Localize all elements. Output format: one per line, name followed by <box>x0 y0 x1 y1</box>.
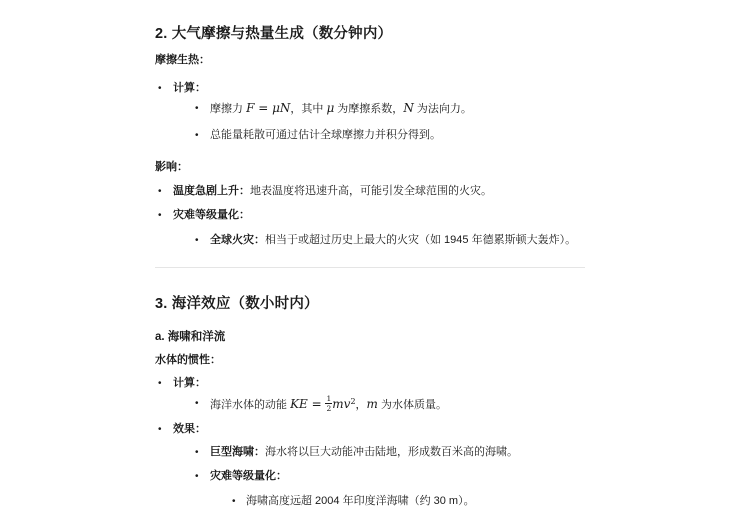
mv-symbol: mv <box>332 397 350 411</box>
mega-tsunami-item: • 巨型海啸：海水将以巨大动能冲击陆地，形成数百米高的海啸。 <box>155 445 615 460</box>
bullet-icon: • <box>158 184 162 199</box>
kinetic-text: ， <box>356 399 367 411</box>
global-fire-item: • 全球火灾：相当于或超过历史上最大的火灾（如 1945 年德累斯顿大轰炸）。 <box>155 233 615 248</box>
water-inertia-label: 水体的惯性： <box>155 353 615 368</box>
calculation-item: • 计算： <box>155 376 615 391</box>
effect-item: • 效果： <box>155 422 615 437</box>
bullet-icon: • <box>232 494 236 509</box>
ocean-section-heading: 3. 海洋效应（数小时内） <box>155 294 615 314</box>
formula-text: ，其中 <box>290 103 326 115</box>
section-divider <box>155 267 585 268</box>
disaster-scale-item: • 灾难等级量化： <box>155 208 615 223</box>
calculation-item: • 计算： <box>155 81 615 96</box>
friction-formula-item: • 摩擦力 F = μN，其中 μ 为摩擦系数，N 为法向力。 <box>155 99 615 119</box>
tsunami-height-text: 海啸高度远超 2004 年印度洋海啸（约 30 m）。 <box>246 495 475 507</box>
dissipation-item: • 总能量耗散可通过估计全球摩擦力并积分得到。 <box>155 128 615 143</box>
calculation-label: 计算： <box>173 377 206 389</box>
tsunami-currents-subheading: a. 海啸和洋流 <box>155 330 615 345</box>
ke-symbol: KE <box>290 397 308 411</box>
temperature-rise-item: • 温度急剧上升：地表温度将迅速升高，可能引发全球范围的火灾。 <box>155 184 615 199</box>
global-fire-text: 相当于或超过历史上最大的火灾（如 1945 年德累斯顿大轰炸）。 <box>265 234 576 246</box>
bullet-icon: • <box>195 99 199 118</box>
disaster-scale-label: 灾难等级量化： <box>210 470 287 482</box>
formula-text: 为法向力。 <box>414 103 472 115</box>
heat-generation-label: 摩擦生热： <box>155 53 615 68</box>
bullet-icon: • <box>158 376 162 391</box>
kinetic-text: 为水体质量。 <box>378 399 447 411</box>
tsunami-height-item: • 海啸高度远超 2004 年印度洋海啸（约 30 m）。 <box>155 494 615 509</box>
formula-text: 为摩擦系数， <box>334 103 403 115</box>
dissipation-text: 总能量耗散可通过估计全球摩擦力并积分得到。 <box>210 129 441 141</box>
bullet-icon: • <box>195 445 199 460</box>
effect-label: 效果： <box>173 423 206 435</box>
bullet-icon: • <box>195 233 199 248</box>
calculation-label: 计算： <box>173 82 206 94</box>
global-fire-label: 全球火灾： <box>210 234 265 246</box>
bullet-icon: • <box>158 208 162 223</box>
squared-exponent: 2 <box>350 397 355 406</box>
bullet-icon: • <box>195 128 199 143</box>
disaster-scale-item: • 灾难等级量化： <box>155 469 615 484</box>
bullet-icon: • <box>195 393 199 415</box>
mega-tsunami-label: 巨型海啸： <box>210 446 265 458</box>
normal-force-symbol: N <box>403 101 414 115</box>
friction-section-heading: 2. 大气摩擦与热量生成（数分钟内） <box>155 24 615 44</box>
bullet-icon: • <box>195 469 199 484</box>
temperature-rise-text: 地表温度将迅速升高，可能引发全球范围的火灾。 <box>250 185 492 197</box>
formula-text: 摩擦力 <box>210 103 246 115</box>
temperature-rise-label: 温度急剧上升： <box>173 185 250 197</box>
equals-sign: = <box>308 397 326 411</box>
bullet-icon: • <box>158 422 162 437</box>
kinetic-energy-item: • 海洋水体的动能 KE = 12mv2，m 为水体质量。 <box>155 393 615 417</box>
document-page: 2. 大气摩擦与热量生成（数分钟内） 摩擦生热： • 计算： • 摩擦力 F =… <box>155 24 615 509</box>
disaster-scale-label: 灾难等级量化： <box>173 209 250 221</box>
impact-label: 影响： <box>155 160 615 175</box>
friction-formula: F = μN <box>246 101 290 115</box>
kinetic-text: 海洋水体的动能 <box>210 399 290 411</box>
bullet-icon: • <box>158 81 162 96</box>
mega-tsunami-text: 海水将以巨大动能冲击陆地，形成数百米高的海啸。 <box>265 446 518 458</box>
mass-symbol: m <box>367 397 378 411</box>
